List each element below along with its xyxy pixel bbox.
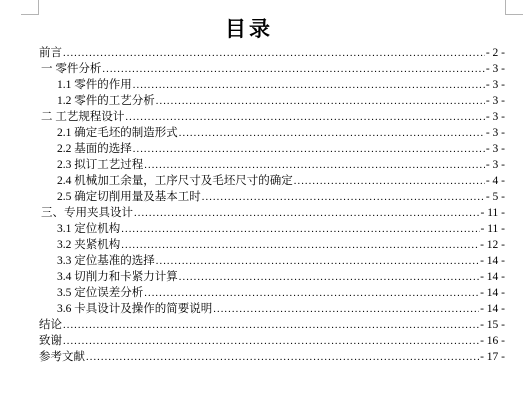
toc-entry-label: 三、专用夹具设计	[41, 205, 133, 221]
text-boundary-mark-top-left-horizontal	[21, 14, 39, 15]
toc-entry-page-number: - 3 -	[486, 141, 505, 157]
dot-leader	[156, 254, 479, 270]
toc-entry-label: 二 工艺规程设计	[41, 109, 124, 125]
text-boundary-mark-top-left-vertical	[38, 0, 39, 14]
toc-entry-label: 参考文献	[39, 349, 85, 365]
toc-entry-page-number: - 2 -	[486, 45, 505, 61]
dot-leader	[144, 286, 479, 302]
toc-entry-page-number: - 11 -	[481, 205, 505, 221]
page-title: 目录	[16, 16, 482, 42]
dot-leader	[156, 94, 485, 110]
toc-entry-page-number: - 15 -	[480, 317, 505, 333]
dot-leader	[102, 62, 484, 78]
toc-entry-label: 2.1 确定毛坯的制造形式	[57, 125, 178, 141]
toc-entry-page-number: - 3 -	[486, 125, 505, 141]
toc-entry-label: 致谢	[39, 333, 62, 349]
toc-entry-label: 3.4 切削力和卡紧力计算	[57, 269, 178, 285]
toc-list: 前言- 2 -一 零件分析- 3 -1.1 零件的作用- 3 -1.2 零件的工…	[39, 45, 505, 365]
dot-leader	[133, 78, 485, 94]
dot-leader	[86, 350, 479, 366]
toc-entry-page-number: - 5 -	[486, 189, 505, 205]
toc-entry-page-number: - 3 -	[486, 77, 505, 93]
toc-entry-page-number: - 3 -	[486, 157, 505, 173]
toc-entry-page-number: - 16 -	[480, 333, 505, 349]
dot-leader	[213, 302, 479, 318]
toc-entry-page-number: - 17 -	[480, 349, 505, 365]
dot-leader	[144, 158, 485, 174]
toc-row[interactable]: 一 零件分析- 3 -	[39, 61, 505, 77]
toc-entry-page-number: - 3 -	[486, 61, 505, 77]
toc-entry-page-number: - 11 -	[481, 221, 505, 237]
toc-entry-label: 3.3 定位基准的选择	[57, 253, 155, 269]
toc-row[interactable]: 致谢- 16 -	[39, 333, 505, 349]
toc-row[interactable]: 2.2 基面的选择- 3 -	[39, 141, 505, 157]
toc-entry-label: 3.5 定位误差分析	[57, 285, 143, 301]
toc-entry-label: 前言	[39, 45, 62, 61]
toc-entry-page-number: - 14 -	[480, 301, 505, 317]
toc-row[interactable]: 二 工艺规程设计- 3 -	[39, 109, 505, 125]
dot-leader	[63, 334, 479, 350]
toc-row[interactable]: 3.4 切削力和卡紧力计算- 14 -	[39, 269, 505, 285]
dot-leader	[121, 222, 479, 238]
toc-row[interactable]: 3.3 定位基准的选择- 14 -	[39, 253, 505, 269]
toc-row[interactable]: 3.5 定位误差分析- 14 -	[39, 285, 505, 301]
toc-entry-label: 结论	[39, 317, 62, 333]
toc-entry-page-number: - 14 -	[480, 253, 505, 269]
text-boundary-mark-top-right-horizontal	[505, 14, 523, 15]
toc-entry-label: 3.2 夹紧机构	[57, 237, 120, 253]
toc-entry-page-number: - 4 -	[486, 173, 505, 189]
dot-leader	[294, 174, 485, 190]
toc-entry-label: 2.4 机械加工余量，工序尺寸及毛坯尺寸的确定	[57, 173, 293, 189]
toc-entry-page-number: - 14 -	[480, 269, 505, 285]
toc-entry-label: 2.3 拟订工艺过程	[57, 157, 143, 173]
toc-entry-page-number: - 12 -	[480, 237, 505, 253]
toc-row[interactable]: 结论- 15 -	[39, 317, 505, 333]
toc-entry-page-number: - 3 -	[486, 109, 505, 125]
document-page: 目录 前言- 2 -一 零件分析- 3 -1.1 零件的作用- 3 -1.2 零…	[0, 0, 523, 407]
toc-row[interactable]: 前言- 2 -	[39, 45, 505, 61]
toc-row[interactable]: 2.3 拟订工艺过程- 3 -	[39, 157, 505, 173]
toc-row[interactable]: 3.1 定位机构- 11 -	[39, 221, 505, 237]
text-boundary-mark-top-right-vertical	[505, 0, 506, 14]
dot-leader	[134, 206, 480, 222]
dot-leader	[125, 110, 484, 126]
toc-entry-label: 3.6 卡具设计及操作的简要说明	[57, 301, 212, 317]
dot-leader	[121, 238, 479, 254]
toc-row[interactable]: 1.1 零件的作用- 3 -	[39, 77, 505, 93]
toc-entry-label: 2.5 确定切削用量及基本工时	[57, 189, 201, 205]
toc-entry-page-number: - 3 -	[486, 93, 505, 109]
toc-entry-label: 一 零件分析	[41, 61, 101, 77]
toc-row[interactable]: 1.2 零件的工艺分析- 3 -	[39, 93, 505, 109]
toc-row[interactable]: 三、专用夹具设计- 11 -	[39, 205, 505, 221]
toc-row[interactable]: 3.2 夹紧机构- 12 -	[39, 237, 505, 253]
dot-leader	[63, 318, 479, 334]
dot-leader	[179, 270, 479, 286]
dot-leader	[63, 46, 485, 62]
toc-entry-label: 1.1 零件的作用	[57, 77, 132, 93]
toc-entry-label: 3.1 定位机构	[57, 221, 120, 237]
toc-row[interactable]: 2.1 确定毛坯的制造形式- 3 -	[39, 125, 505, 141]
toc-entry-label: 1.2 零件的工艺分析	[57, 93, 155, 109]
toc-row[interactable]: 参考文献- 17 -	[39, 349, 505, 365]
dot-leader	[179, 126, 485, 142]
dot-leader	[202, 190, 485, 206]
toc-row[interactable]: 2.4 机械加工余量，工序尺寸及毛坯尺寸的确定- 4 -	[39, 173, 505, 189]
toc-entry-page-number: - 14 -	[480, 285, 505, 301]
dot-leader	[133, 142, 485, 158]
toc-row[interactable]: 2.5 确定切削用量及基本工时- 5 -	[39, 189, 505, 205]
toc-row[interactable]: 3.6 卡具设计及操作的简要说明- 14 -	[39, 301, 505, 317]
toc-entry-label: 2.2 基面的选择	[57, 141, 132, 157]
